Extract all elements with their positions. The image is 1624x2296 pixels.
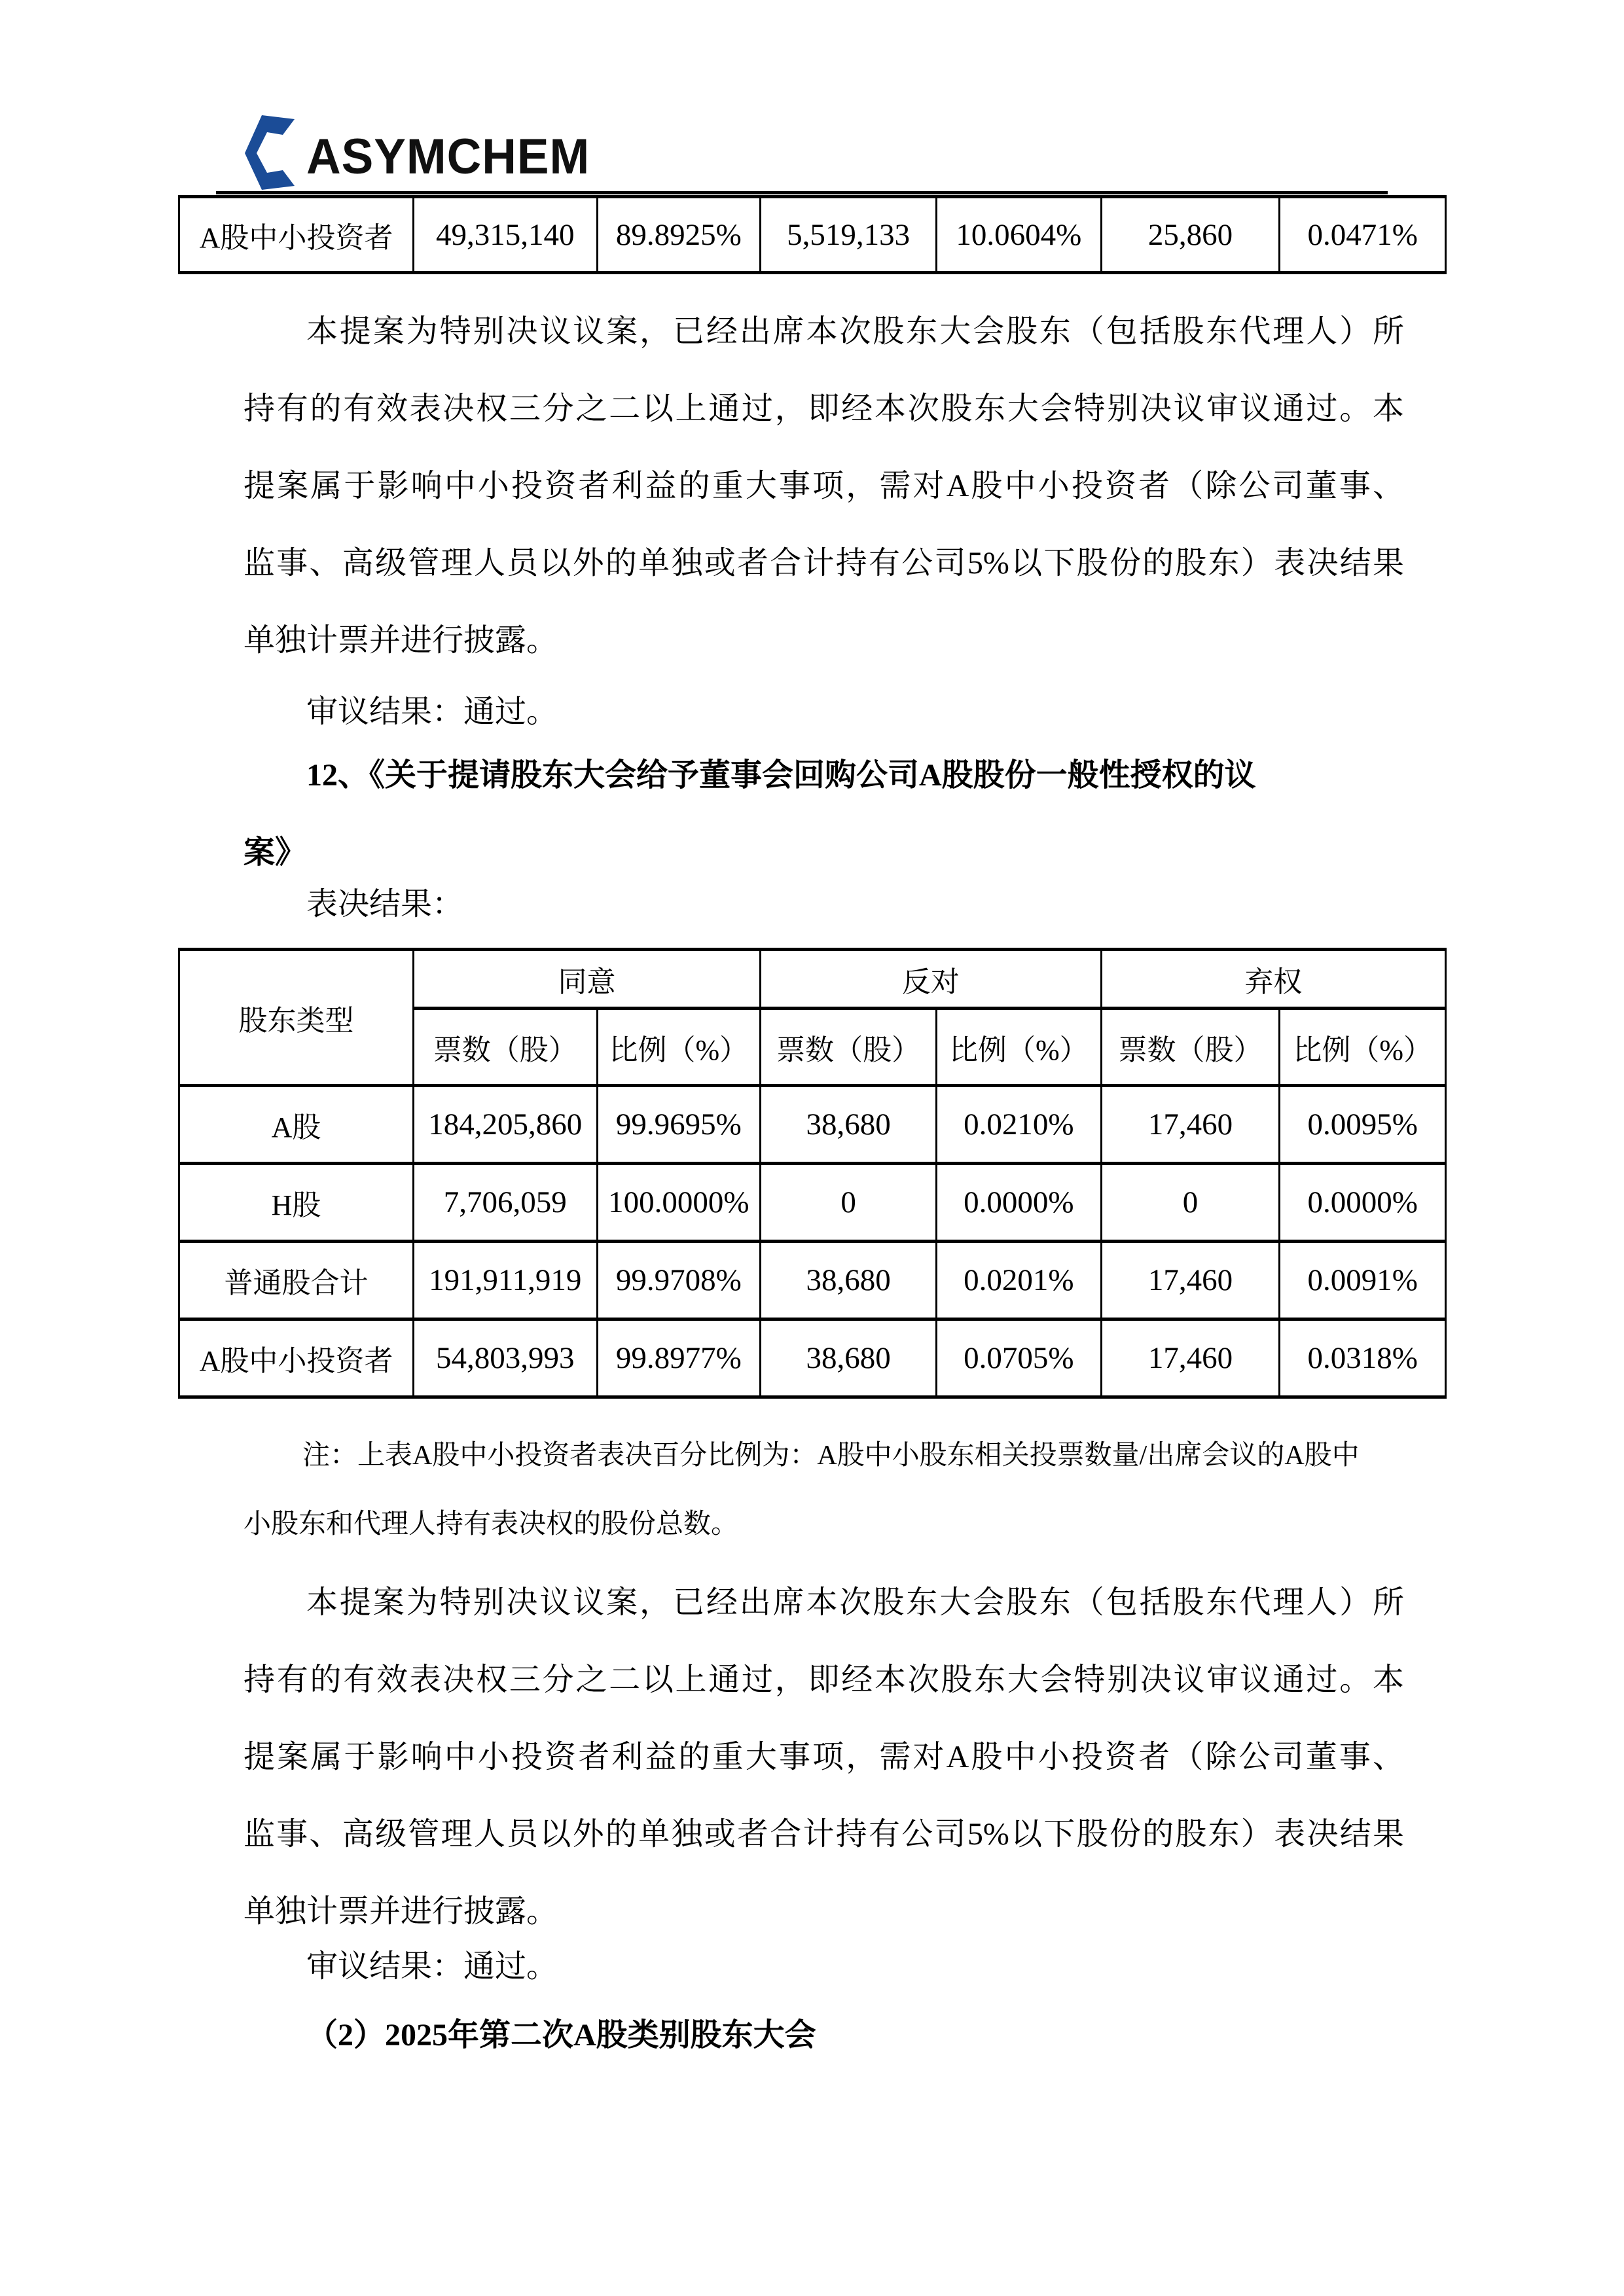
cell: 0.0705% bbox=[937, 1319, 1102, 1397]
logo-brand-text: ASYMCHEM bbox=[306, 128, 590, 185]
cell: 99.9695% bbox=[597, 1086, 761, 1164]
agree-votes-cell: 49,315,140 bbox=[413, 197, 597, 273]
table-header-row-groups: 股东类型 同意 反对 弃权 bbox=[179, 950, 1446, 1009]
section-2-heading: （2）2025年第二次A股类别股东大会 bbox=[244, 2016, 1467, 2055]
company-logo: ASYMCHEM bbox=[242, 111, 602, 192]
table-row-a-share-minority: A股中小投资者 54,803,993 99.8977% 38,680 0.070… bbox=[179, 1319, 1446, 1397]
vote-result-label: 表决结果： bbox=[244, 885, 1467, 924]
paragraph-line: 监事、高级管理人员以外的单独或者合计持有公司5%以下股份的股东）表决结果 bbox=[244, 1796, 1404, 1873]
row-label: A股中小投资者 bbox=[179, 1319, 414, 1397]
header-divider bbox=[216, 191, 1388, 194]
cell: 0.0000% bbox=[1280, 1164, 1446, 1242]
abstain-votes-cell: 25,860 bbox=[1101, 197, 1280, 273]
paragraph-line: 持有的有效表决权三分之二以上通过，即经本次股东大会特别决议审议通过。本 bbox=[244, 370, 1404, 448]
cell: 191,911,919 bbox=[413, 1242, 597, 1319]
special-resolution-paragraph: 本提案为特别决议议案，已经出席本次股东大会股东（包括股东代理人）所 持有的有效表… bbox=[244, 293, 1404, 679]
top-vote-table: A股中小投资者 49,315,140 89.8925% 5,519,133 10… bbox=[178, 195, 1447, 274]
agree-group-header: 同意 bbox=[413, 950, 760, 1009]
votes-subheader: 票数（股） bbox=[761, 1009, 937, 1086]
cell: 7,706,059 bbox=[413, 1164, 597, 1242]
cell: 0.0095% bbox=[1280, 1086, 1446, 1164]
paragraph-line: 监事、高级管理人员以外的单独或者合计持有公司5%以下股份的股东）表决结果 bbox=[244, 525, 1404, 602]
special-resolution-paragraph-2: 本提案为特别决议议案，已经出席本次股东大会股东（包括股东代理人）所 持有的有效表… bbox=[244, 1564, 1404, 1950]
votes-subheader: 票数（股） bbox=[1101, 1009, 1280, 1086]
cell: 0 bbox=[761, 1164, 937, 1242]
note-line: 注：上表A股中小投资者表决百分比例为：A股中小股东相关投票数量/出席会议的A股中 bbox=[244, 1422, 1412, 1490]
cell: 17,460 bbox=[1101, 1242, 1280, 1319]
paragraph-line: 单独计票并进行披露。 bbox=[244, 1873, 1404, 1950]
cell: 99.9708% bbox=[597, 1242, 761, 1319]
review-result: 审议结果：通过。 bbox=[244, 692, 1467, 732]
shareholder-type-header: 股东类型 bbox=[179, 950, 414, 1086]
paragraph-line: 本提案为特别决议议案，已经出席本次股东大会股东（包括股东代理人）所 bbox=[244, 1564, 1404, 1641]
paragraph-line: 提案属于影响中小投资者利益的重大事项，需对A股中小投资者（除公司董事、 bbox=[244, 1719, 1404, 1796]
table-row: A股中小投资者 49,315,140 89.8925% 5,519,133 10… bbox=[179, 197, 1446, 273]
table-row-a-share: A股 184,205,860 99.9695% 38,680 0.0210% 1… bbox=[179, 1086, 1446, 1164]
document-page: ASYMCHEM A股中小投资者 49,315,140 89.8925% 5,5… bbox=[0, 0, 1624, 2296]
row-label: H股 bbox=[179, 1164, 414, 1242]
cell: 100.0000% bbox=[597, 1164, 761, 1242]
cell: 17,460 bbox=[1101, 1086, 1280, 1164]
paragraph-line: 本提案为特别决议议案，已经出席本次股东大会股东（包括股东代理人）所 bbox=[244, 293, 1404, 370]
proposal-12-heading-line2: 案》 bbox=[244, 833, 1404, 872]
row-label-a-share-minority: A股中小投资者 bbox=[179, 197, 414, 273]
hexagon-c-icon bbox=[242, 112, 297, 192]
against-votes-cell: 5,519,133 bbox=[761, 197, 937, 273]
agree-ratio-cell: 89.8925% bbox=[597, 197, 761, 273]
cell: 0.0201% bbox=[937, 1242, 1102, 1319]
paragraph-line: 持有的有效表决权三分之二以上通过，即经本次股东大会特别决议审议通过。本 bbox=[244, 1641, 1404, 1719]
row-label: 普通股合计 bbox=[179, 1242, 414, 1319]
review-result: 审议结果：通过。 bbox=[244, 1947, 1467, 1986]
cell: 0.0318% bbox=[1280, 1319, 1446, 1397]
ratio-subheader: 比例（%） bbox=[1280, 1009, 1446, 1086]
ratio-subheader: 比例（%） bbox=[597, 1009, 761, 1086]
cell: 0.0000% bbox=[937, 1164, 1102, 1242]
abstain-group-header: 弃权 bbox=[1101, 950, 1445, 1009]
cell: 0 bbox=[1101, 1164, 1280, 1242]
votes-subheader: 票数（股） bbox=[413, 1009, 597, 1086]
cell: 38,680 bbox=[761, 1319, 937, 1397]
paragraph-line: 单独计票并进行披露。 bbox=[244, 602, 1404, 679]
cell: 184,205,860 bbox=[413, 1086, 597, 1164]
cell: 38,680 bbox=[761, 1086, 937, 1164]
vote-result-table: 股东类型 同意 反对 弃权 票数（股） 比例（%） 票数（股） 比例（%） 票数… bbox=[178, 948, 1447, 1399]
paragraph-line: 提案属于影响中小投资者利益的重大事项，需对A股中小投资者（除公司董事、 bbox=[244, 448, 1404, 525]
cell: 0.0210% bbox=[937, 1086, 1102, 1164]
table-note: 注：上表A股中小投资者表决百分比例为：A股中小股东相关投票数量/出席会议的A股中… bbox=[244, 1422, 1412, 1559]
cell: 0.0091% bbox=[1280, 1242, 1446, 1319]
note-line: 小股东和代理人持有表决权的股份总数。 bbox=[244, 1490, 1412, 1559]
table-row-ordinary-total: 普通股合计 191,911,919 99.9708% 38,680 0.0201… bbox=[179, 1242, 1446, 1319]
cell: 38,680 bbox=[761, 1242, 937, 1319]
proposal-12-heading-line1: 12、《关于提请股东大会给予董事会回购公司A股股份一般性授权的议 bbox=[244, 756, 1467, 795]
against-group-header: 反对 bbox=[761, 950, 1102, 1009]
cell: 54,803,993 bbox=[413, 1319, 597, 1397]
against-ratio-cell: 10.0604% bbox=[937, 197, 1102, 273]
ratio-subheader: 比例（%） bbox=[937, 1009, 1102, 1086]
abstain-ratio-cell: 0.0471% bbox=[1280, 197, 1446, 273]
row-label: A股 bbox=[179, 1086, 414, 1164]
table-row-h-share: H股 7,706,059 100.0000% 0 0.0000% 0 0.000… bbox=[179, 1164, 1446, 1242]
cell: 99.8977% bbox=[597, 1319, 761, 1397]
cell: 17,460 bbox=[1101, 1319, 1280, 1397]
